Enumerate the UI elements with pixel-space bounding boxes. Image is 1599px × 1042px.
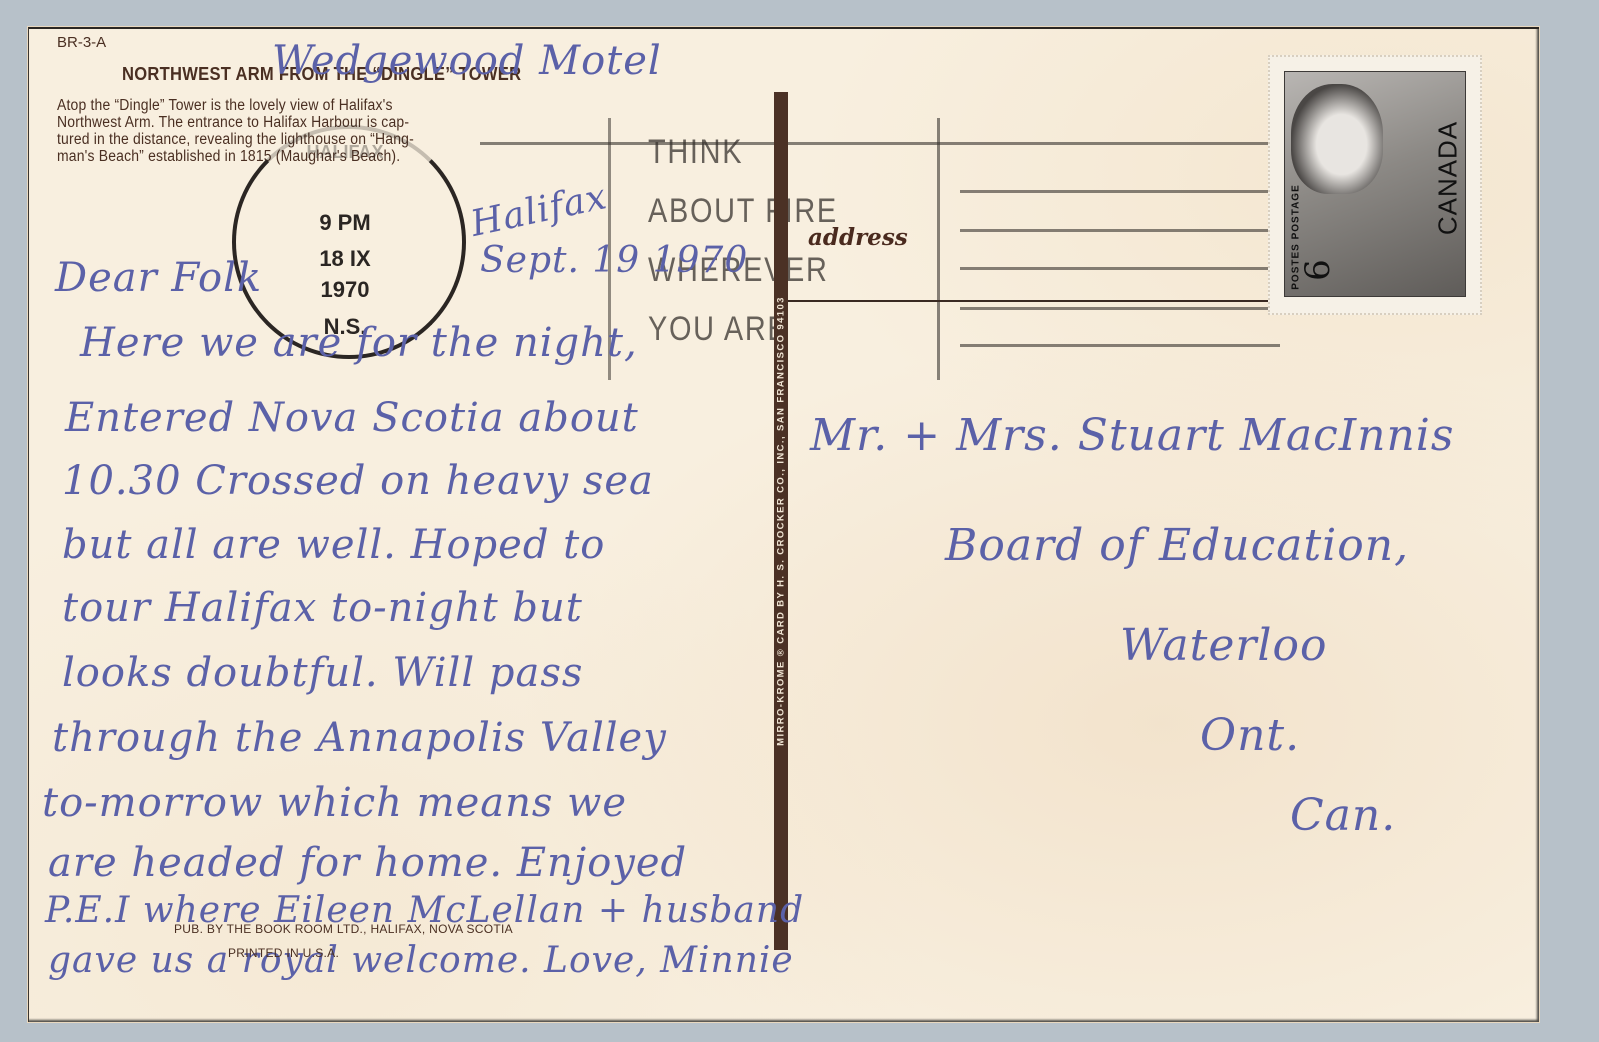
stamp-country: CANADA [1433, 78, 1463, 278]
cancel-wave-line [960, 267, 1280, 270]
stamp-country-text: CANADA [1433, 121, 1464, 235]
address-rule [788, 300, 1278, 302]
hw-address-line: Waterloo [1120, 620, 1327, 671]
hw-message-line: to-morrow which means we [42, 780, 627, 826]
postmark-year: 1970 [232, 277, 458, 303]
queen-portrait-icon [1291, 84, 1383, 194]
slogan-line: YOU ARE [648, 300, 838, 359]
hw-message-line: Entered Nova Scotia about [65, 395, 639, 441]
hw-address-line: Ont. [1200, 710, 1300, 761]
cancel-wave-line [480, 142, 1280, 145]
hw-message-line: Here we are for the night, [80, 320, 638, 366]
divider-imprint-text: MIRRO-KROME ® CARD BY H. S. CROCKER CO.,… [776, 296, 787, 746]
postage-stamp: CANADA POSTES POSTAGE 6 [1268, 55, 1482, 315]
printed-in-line: PRINTED IN U.S.A. [228, 946, 339, 960]
stamp-image: CANADA POSTES POSTAGE 6 [1284, 71, 1466, 297]
postmark-date: 18 IX [232, 246, 458, 272]
hw-heading: Wedgewood Motel [272, 38, 662, 84]
hw-message-line: but all are well. Hoped to [62, 522, 605, 568]
card-code: BR-3-A [57, 34, 106, 51]
cancel-wave-line [960, 229, 1280, 232]
hw-message-line: 10.30 Crossed on heavy sea [62, 458, 654, 504]
cancel-wave-line [960, 344, 1280, 347]
hw-message-line: gave us a royal welcome. Love, Minnie [48, 940, 794, 981]
publisher-line: PUB. BY THE BOOK ROOM LTD., HALIFAX, NOV… [174, 922, 513, 936]
hw-message-line: through the Annapolis Valley [52, 715, 667, 761]
hw-date: Sept. 19 1970 [480, 240, 748, 281]
hw-message-line: tour Halifax to-night but [62, 585, 583, 631]
stamp-value: 6 [1298, 259, 1338, 281]
hw-address-line: Mr. + Mrs. Stuart MacInnis [810, 410, 1454, 461]
description-line: Atop the “Dingle” Tower is the lovely vi… [57, 97, 687, 114]
postmark-time: 9 PM [232, 210, 458, 236]
address-label: address [808, 224, 908, 251]
cancel-wave-line [960, 190, 1280, 193]
postmark-city: HALIFAX [232, 142, 458, 163]
cancel-wave-line [960, 307, 1280, 310]
hw-address-line: Can. [1290, 790, 1396, 841]
hw-address-line: Board of Education, [945, 520, 1409, 571]
divider-imprint: MIRRO-KROME ® CARD BY H. S. CROCKER CO.,… [774, 92, 788, 950]
slogan-line: THINK [648, 123, 838, 182]
hw-message-line: Dear Folk [55, 255, 262, 301]
hw-message-line: are headed for home. Enjoyed [48, 840, 687, 886]
hw-message-line: looks doubtful. Will pass [62, 650, 583, 696]
